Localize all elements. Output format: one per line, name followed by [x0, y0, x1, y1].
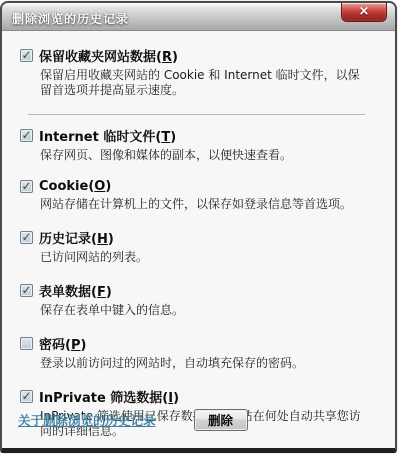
delete-browsing-history-dialog: 删除浏览的历史记录 × ✓ 保留收藏夹网站数据R 保留启用收藏夹网站的 Cook…	[0, 1, 397, 453]
delete-button[interactable]: 删除	[194, 409, 248, 431]
option-label-favorites-data[interactable]: 保留收藏夹网站数据R	[39, 46, 178, 65]
option-label-inprivate-data[interactable]: InPrivate 筛选数据I	[39, 387, 179, 406]
checkbox-favorites-data[interactable]: ✓	[20, 49, 33, 62]
dialog-title: 删除浏览的历史记录	[12, 10, 129, 27]
checkbox-passwords[interactable]	[20, 337, 33, 350]
check-icon: ✓	[21, 284, 31, 296]
section-divider	[28, 114, 365, 115]
option-description: 保存网页、图像和媒体的副本，以便快速查看。	[40, 148, 371, 163]
check-icon: ✓	[21, 129, 31, 141]
option-label-history[interactable]: 历史记录H	[39, 228, 114, 247]
option-label-passwords[interactable]: 密码P	[39, 334, 86, 353]
titlebar[interactable]: 删除浏览的历史记录 ×	[2, 3, 395, 31]
option-form-data: ✓ 表单数据F 保存在表单中键入的信息。	[20, 281, 383, 318]
option-favorites-data: ✓ 保留收藏夹网站数据R 保留启用收藏夹网站的 Cookie 和 Interne…	[20, 46, 383, 98]
option-description: 保留启用收藏夹网站的 Cookie 和 Internet 临时文件，以保留首选项…	[40, 68, 371, 98]
close-button[interactable]: ×	[341, 3, 387, 22]
checkbox-history[interactable]: ✓	[20, 231, 33, 244]
checkbox-temp-files[interactable]: ✓	[20, 129, 33, 142]
option-description: 登录以前访问过的网站时，自动填充保存的密码。	[40, 356, 371, 371]
option-label-form-data[interactable]: 表单数据F	[39, 281, 112, 300]
option-cookies: ✓ CookieO 网站存储在计算机上的文件，以保存如登录信息等首选项。	[20, 179, 383, 212]
option-passwords: 密码P 登录以前访问过的网站时，自动填充保存的密码。	[20, 334, 383, 371]
dialog-footer: 关于删除浏览的历史记录 删除	[18, 409, 383, 431]
option-description: 保存在表单中键入的信息。	[40, 303, 371, 318]
check-icon: ✓	[21, 49, 31, 61]
option-history: ✓ 历史记录H 已访问网站的列表。	[20, 228, 383, 265]
about-delete-history-link[interactable]: 关于删除浏览的历史记录	[18, 411, 156, 429]
checkbox-cookies[interactable]: ✓	[20, 180, 33, 193]
check-icon: ✓	[21, 231, 31, 243]
option-description: 已访问网站的列表。	[40, 250, 371, 265]
option-label-cookies[interactable]: CookieO	[39, 179, 111, 194]
check-icon: ✓	[21, 390, 31, 402]
check-icon: ✓	[21, 180, 31, 192]
option-label-temp-files[interactable]: Internet 临时文件T	[39, 126, 176, 145]
checkbox-form-data[interactable]: ✓	[20, 284, 33, 297]
option-temp-files: ✓ Internet 临时文件T 保存网页、图像和媒体的副本，以便快速查看。	[20, 126, 383, 163]
option-description: 网站存储在计算机上的文件，以保存如登录信息等首选项。	[40, 197, 371, 212]
dialog-content: ✓ 保留收藏夹网站数据R 保留启用收藏夹网站的 Cookie 和 Interne…	[2, 32, 395, 448]
checkbox-inprivate-data[interactable]: ✓	[20, 390, 33, 403]
close-icon: ×	[359, 5, 370, 18]
